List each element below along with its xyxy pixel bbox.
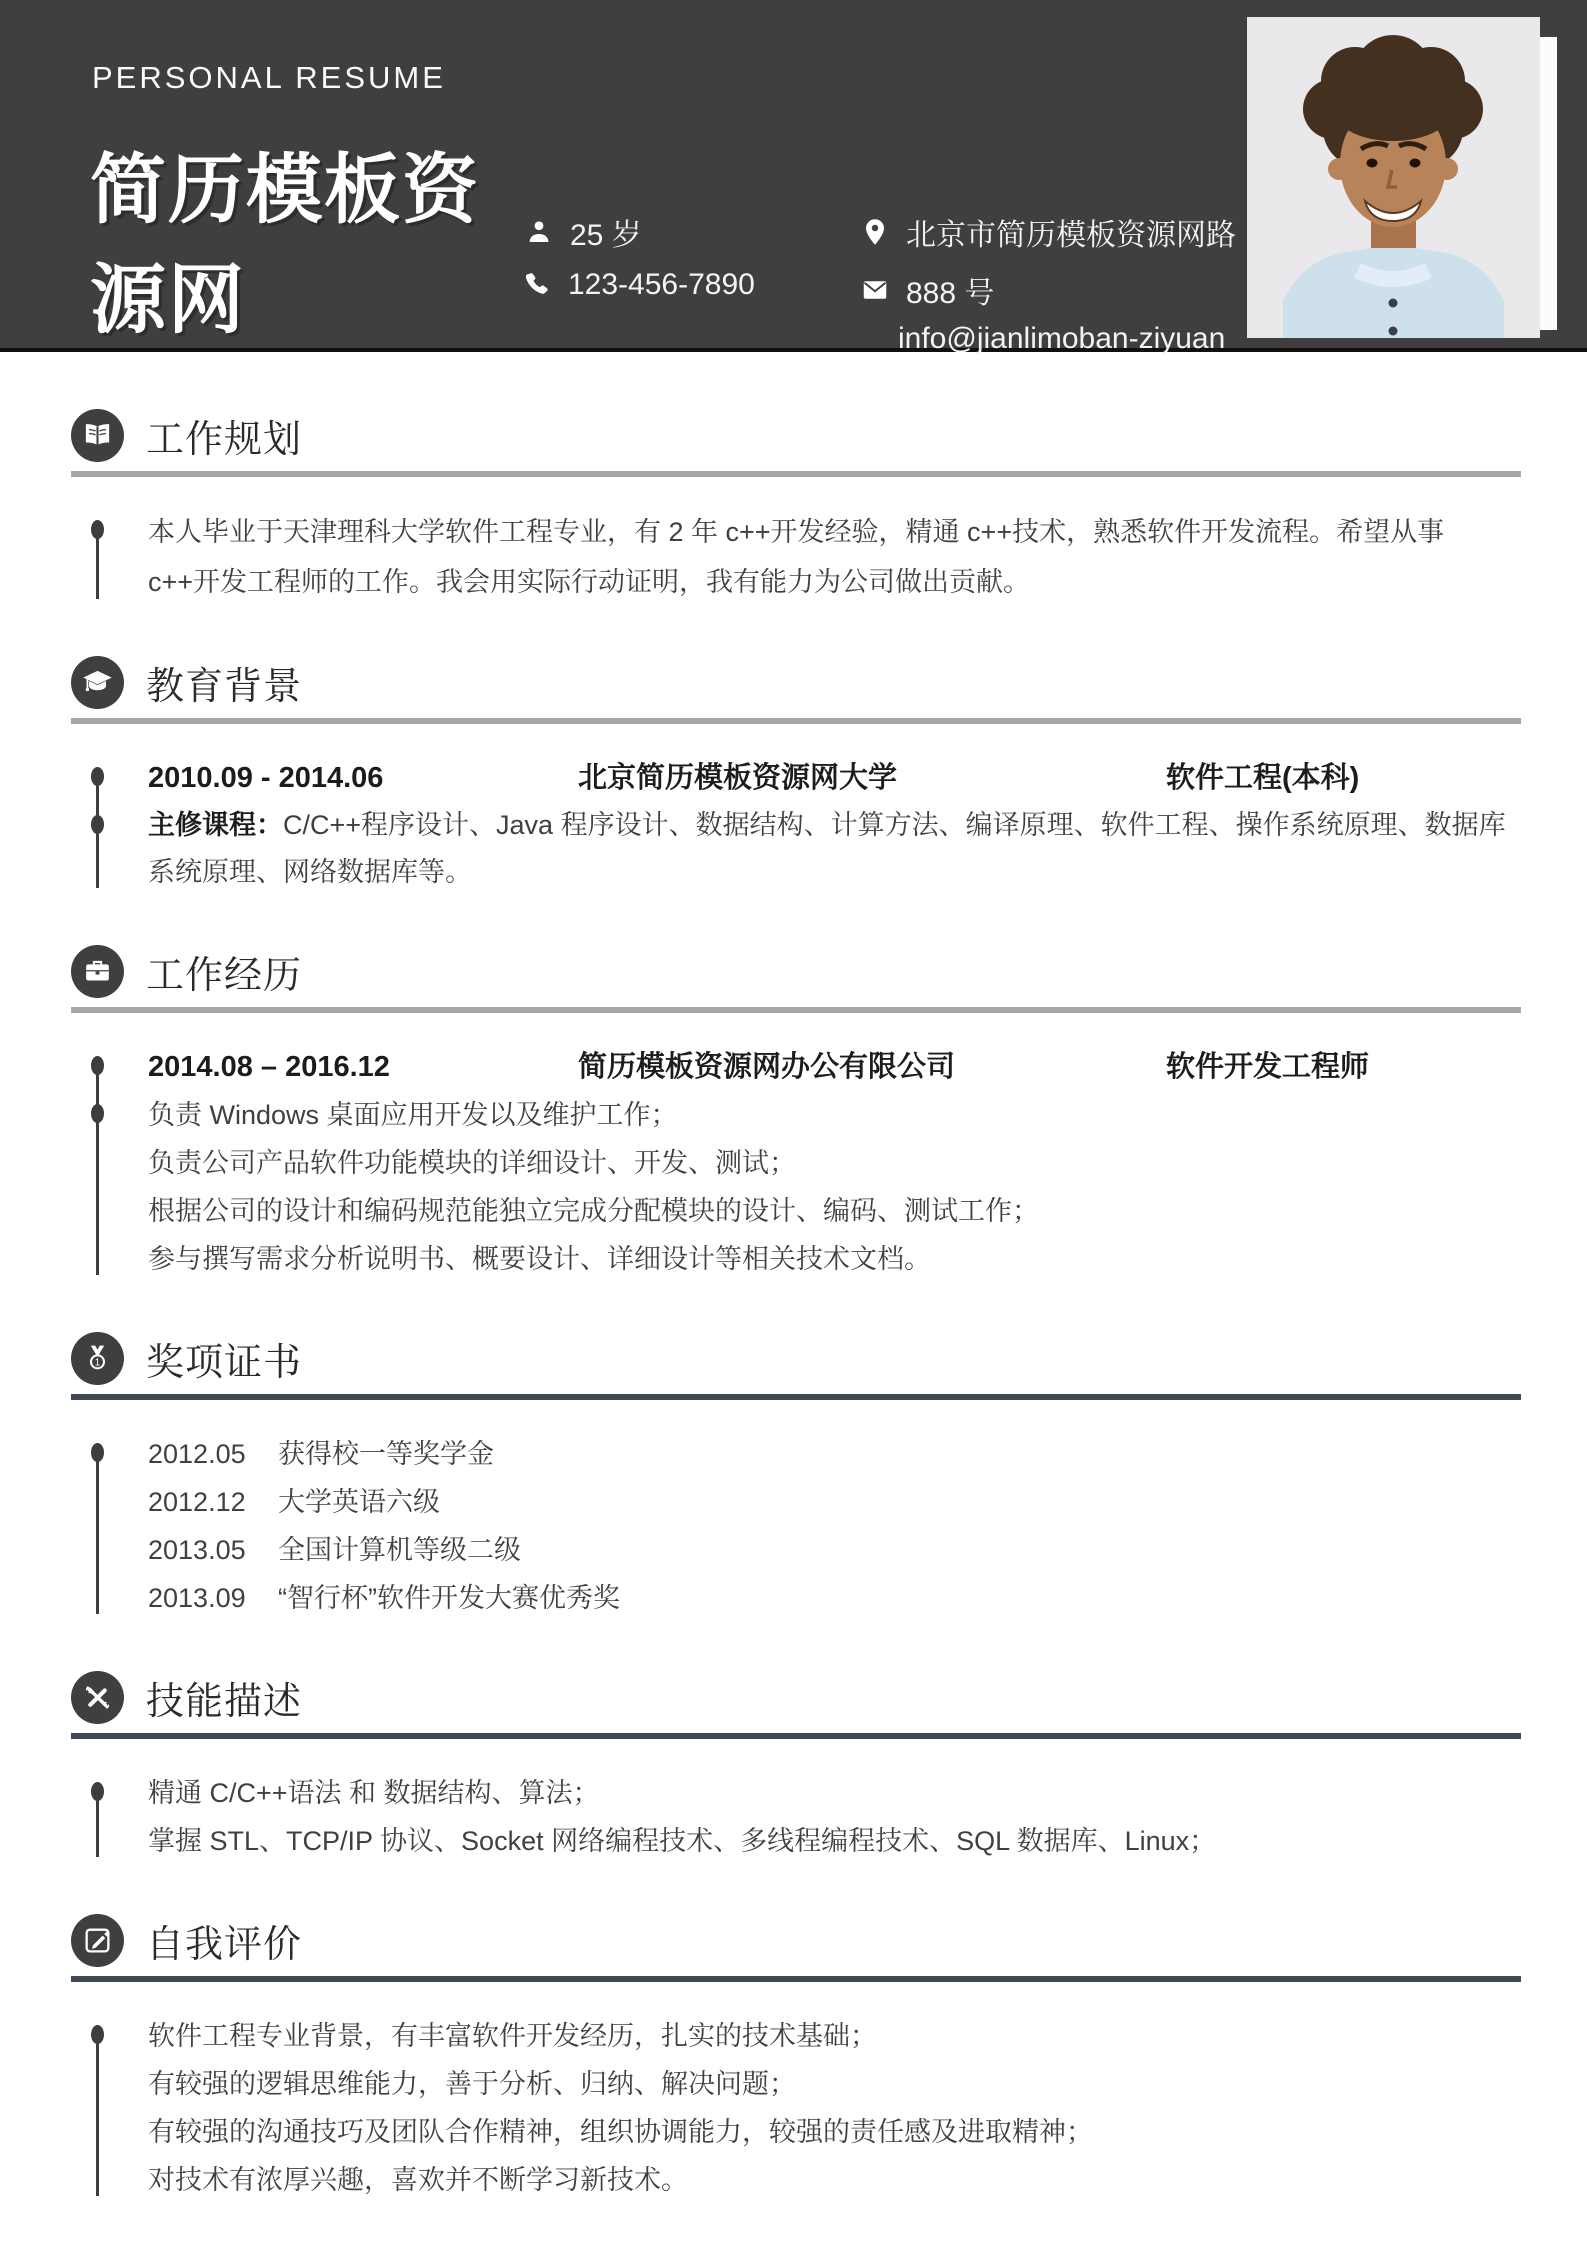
tools-icon	[71, 1671, 124, 1724]
book-icon	[71, 409, 124, 462]
section-education-header: 教育背景	[71, 655, 1521, 718]
education-degree: 软件工程(本科)	[1166, 754, 1521, 802]
envelope-icon	[860, 275, 890, 305]
timeline-line	[96, 2028, 99, 2196]
education-period: 2010.09 - 2014.06	[148, 754, 578, 802]
section-title: 自我评价	[146, 1913, 302, 1968]
award-row: 2013.05 全国计算机等级二级	[148, 1526, 1521, 1574]
profile-photo	[1247, 17, 1540, 338]
section-self-evaluation: 自我评价 软件工程专业背景，有丰富软件开发经历，扎实的技术基础； 有较强的逻辑思…	[71, 1913, 1521, 2210]
work-period: 2014.08 – 2016.12	[148, 1043, 578, 1091]
contact-mailbox-row: 888 号	[860, 268, 994, 312]
section-skills: 技能描述 精通 C/C++语法 和 数据结构、算法； 掌握 STL、TCP/IP…	[71, 1670, 1521, 1871]
section-work-plan-body: 本人毕业于天津理科大学软件工程专业，有 2 年 c++开发经验，精通 c++技术…	[71, 477, 1521, 613]
age-value: 25 岁	[570, 210, 642, 254]
courses-text: C/C++程序设计、Java 程序设计、数据结构、计算方法、编译原理、软件工程、…	[148, 810, 1506, 887]
person-icon	[524, 217, 554, 247]
skill-item: 精通 C/C++语法 和 数据结构、算法；	[148, 1769, 1521, 1817]
courses-label: 主修课程：	[148, 810, 283, 840]
education-summary-row: 2010.09 - 2014.06 北京简历模板资源网大学 软件工程(本科)	[148, 754, 1521, 802]
phone-value: 123-456-7890	[568, 268, 755, 302]
self-eval-item: 有较强的沟通技巧及团队合作精神，组织协调能力，较强的责任感及进取精神；	[148, 2108, 1521, 2156]
award-row: 2012.12 大学英语六级	[148, 1478, 1521, 1526]
section-title: 工作经历	[146, 944, 302, 999]
location-icon	[860, 217, 890, 247]
award-desc: “智行杯”软件开发大赛优秀奖	[278, 1574, 1521, 1622]
contact-age-row: 25 岁	[524, 210, 642, 254]
resume-body: 工作规划 本人毕业于天津理科大学软件工程专业，有 2 年 c++开发经验，精通 …	[0, 408, 1587, 2250]
pen-icon	[71, 1914, 124, 1967]
work-duty: 根据公司的设计和编码规范能独立完成分配模块的设计、编码、测试工作；	[148, 1187, 1521, 1235]
section-work-experience: 工作经历 2014.08 – 2016.12 简历模板资源网办公有限公司 软件开…	[71, 944, 1521, 1289]
section-skills-body: 精通 C/C++语法 和 数据结构、算法； 掌握 STL、TCP/IP 协议、S…	[71, 1739, 1521, 1871]
work-summary-row: 2014.08 – 2016.12 简历模板资源网办公有限公司 软件开发工程师	[148, 1043, 1521, 1091]
timeline-line	[96, 1446, 99, 1614]
award-date: 2013.09	[148, 1574, 278, 1622]
award-row: 2012.05 获得校一等奖学金	[148, 1430, 1521, 1478]
award-desc: 大学英语六级	[278, 1478, 1521, 1526]
section-self-evaluation-body: 软件工程专业背景，有丰富软件开发经历，扎实的技术基础； 有较强的逻辑思维能力，善…	[71, 1982, 1521, 2210]
self-eval-item: 对技术有浓厚兴趣，喜欢并不断学习新技术。	[148, 2156, 1521, 2204]
work-duty: 负责 Windows 桌面应用开发以及维护工作；	[148, 1091, 1521, 1139]
work-duty: 参与撰写需求分析说明书、概要设计、详细设计等相关技术文档。	[148, 1235, 1521, 1283]
header: PERSONAL RESUME 简历模板资 源网 25 岁 123-456-78…	[0, 0, 1587, 352]
self-eval-item: 有较强的逻辑思维能力，善于分析、归纳、解决问题；	[148, 2060, 1521, 2108]
work-company: 简历模板资源网办公有限公司	[578, 1043, 1166, 1091]
graduation-cap-icon	[71, 656, 124, 709]
award-desc: 获得校一等奖学金	[278, 1430, 1521, 1478]
award-date: 2012.05	[148, 1430, 278, 1478]
contact-phone-row: 123-456-7890	[522, 268, 755, 302]
contact-address-row: 北京市简历模板资源网路	[860, 210, 1248, 254]
work-role: 软件开发工程师	[1166, 1043, 1521, 1091]
section-work-experience-header: 工作经历	[71, 944, 1521, 1007]
award-row: 2013.09 “智行杯”软件开发大赛优秀奖	[148, 1574, 1521, 1622]
profile-photo-illustration	[1247, 17, 1540, 338]
section-awards-body: 2012.05 获得校一等奖学金 2012.12 大学英语六级 2013.05 …	[71, 1400, 1521, 1628]
svg-text:1: 1	[95, 1357, 100, 1368]
section-title: 技能描述	[146, 1670, 302, 1725]
section-title: 奖项证书	[146, 1331, 302, 1386]
section-skills-header: 技能描述	[71, 1670, 1521, 1733]
award-date: 2013.05	[148, 1526, 278, 1574]
mailbox-value: 888 号	[906, 268, 994, 312]
medal-icon: 1	[71, 1332, 124, 1385]
section-work-plan: 工作规划 本人毕业于天津理科大学软件工程专业，有 2 年 c++开发经验，精通 …	[71, 408, 1521, 613]
section-education: 教育背景 2010.09 - 2014.06 北京简历模板资源网大学 软件工程(…	[71, 655, 1521, 902]
section-awards-header: 1 奖项证书	[71, 1331, 1521, 1394]
education-courses: 主修课程：C/C++程序设计、Java 程序设计、数据结构、计算方法、编译原理、…	[148, 802, 1521, 896]
award-desc: 全国计算机等级二级	[278, 1526, 1521, 1574]
skill-item: 掌握 STL、TCP/IP 协议、Socket 网络编程技术、多线程编程技术、S…	[148, 1817, 1521, 1865]
work-plan-paragraph: 本人毕业于天津理科大学软件工程专业，有 2 年 c++开发经验，精通 c++技术…	[148, 507, 1521, 607]
phone-icon	[522, 270, 552, 300]
address-value: 北京市简历模板资源网路	[906, 210, 1236, 254]
email-value: info@jianlimoban-ziyuan	[898, 322, 1225, 356]
photo-page-edge	[1540, 37, 1557, 330]
self-eval-item: 软件工程专业背景，有丰富软件开发经历，扎实的技术基础；	[148, 2012, 1521, 2060]
work-duty: 负责公司产品软件功能模块的详细设计、开发、测试；	[148, 1139, 1521, 1187]
briefcase-icon	[71, 945, 124, 998]
contact-email-row: info@jianlimoban-ziyuan	[852, 322, 1225, 356]
section-title: 工作规划	[146, 408, 302, 463]
section-work-experience-body: 2014.08 – 2016.12 简历模板资源网办公有限公司 软件开发工程师 …	[71, 1013, 1521, 1289]
timeline-line	[96, 1059, 99, 1275]
section-work-plan-header: 工作规划	[71, 408, 1521, 471]
section-self-evaluation-header: 自我评价	[71, 1913, 1521, 1976]
section-title: 教育背景	[146, 655, 302, 710]
award-date: 2012.12	[148, 1478, 278, 1526]
section-awards: 1 奖项证书 2012.05 获得校一等奖学金 2012.12 大学英语六级 2…	[71, 1331, 1521, 1628]
education-school: 北京简历模板资源网大学	[578, 754, 1166, 802]
section-education-body: 2010.09 - 2014.06 北京简历模板资源网大学 软件工程(本科) 主…	[71, 724, 1521, 902]
